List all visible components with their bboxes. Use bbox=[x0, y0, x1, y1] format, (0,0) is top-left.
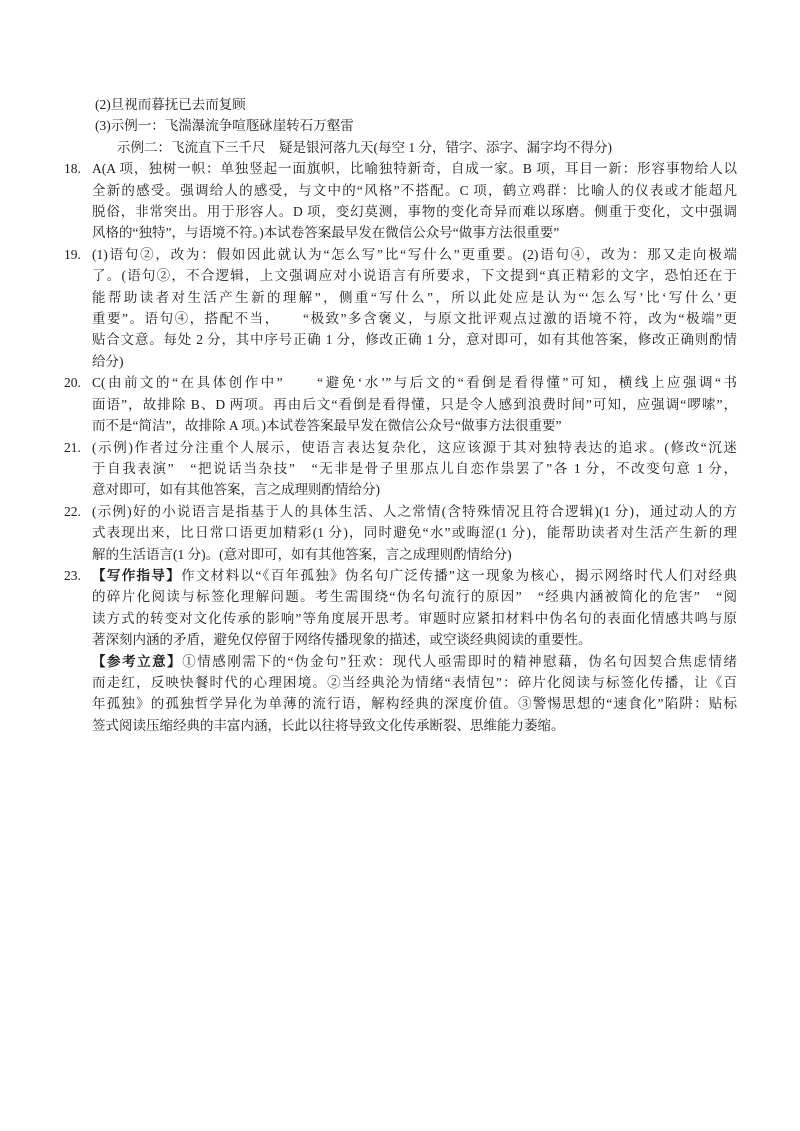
answer-item-19: 19.(1)语句②，改为：假如因此就认为“怎么写”比“写什么”更重要。(2)语句… bbox=[64, 244, 737, 372]
text-line: (示例)好的小说语言是指基于人的具体生活、人之常情(含特殊情况且符合逻辑)(1 … bbox=[92, 501, 737, 522]
text-line: 脱俗，非常突出。用于形容人。D 项，变幻莫测，事物的变化奇异而难以琢磨。侧重于变… bbox=[92, 201, 737, 222]
text-line: 示例二：飞流直下三千尺 疑是银河落九天(每空 1 分，错字、添字、漏字均不得分) bbox=[117, 137, 737, 158]
text-line: 贴合文意。每处 2 分，其中序号正确 1 分，修改正确 1 分，意对即可，如有其… bbox=[92, 329, 737, 350]
text-line: 给分) bbox=[92, 351, 737, 372]
text-line: 的碎片化阅读与标签化理解问题。考生需围绕“伪名句流行的原因” “经典内涵被简化的… bbox=[92, 586, 737, 607]
text-line: 于自我表演” “把说话当杂技” “无非是骨子里那点儿自恋作祟罢了”各 1 分，不… bbox=[92, 458, 737, 479]
section-label: 【写作指导】 bbox=[92, 568, 181, 583]
text-line: 而不是“简洁”，故排除 A 项。)本试卷答案最早发在微信公众号“做事方法很重要” bbox=[92, 415, 737, 436]
text-line: 全新的感受。强调给人的感受，与文中的“风格”不搭配。C 项，鹤立鸡群：比喻人的仪… bbox=[92, 180, 737, 201]
item-number: 19. bbox=[64, 244, 81, 265]
answer-item-18: 18.A(A 项，独树一帜：单独竖起一面旗帜，比喻独特新奇，自成一家。B 项，耳… bbox=[64, 158, 737, 244]
text-line: 面语”，故排除 B、D 两项。再由后文“看倒是看得懂，只是令人感到浪费时间”可知… bbox=[92, 394, 737, 415]
answer-item-23-reference-ideas: 【参考立意】①情感刚需下的“伪金句”狂欢：现代人亟需即时的精神慰藉，伪名句因契合… bbox=[64, 651, 737, 737]
text-line: 风格的“独特”，与语境不符。)本试卷答案最早发在微信公众号“做事方法很重要” bbox=[92, 222, 737, 243]
answer-key-content: (2)旦视而暮抚已去而复顾(3)示例一：飞湍瀑流争喧豗砯崖转石万壑雷示例二：飞流… bbox=[64, 94, 737, 736]
text-line: C(由前文的“在具体创作中” “避免‘水’”与后文的“看倒是看得懂”可知，横线上… bbox=[92, 372, 737, 393]
text-line: 了。(语句②，不合逻辑，上文强调应对小说语言有所要求，下文提到“真正精彩的文字，… bbox=[92, 265, 737, 286]
text-line: (3)示例一：飞湍瀑流争喧豗砯崖转石万壑雷 bbox=[95, 115, 737, 136]
document-page: (2)旦视而暮抚已去而复顾(3)示例一：飞湍瀑流争喧豗砯崖转石万壑雷示例二：飞流… bbox=[0, 0, 800, 1131]
text-line: 式表现出来，比日常口语更加精彩(1 分)，同时避免“水”或晦涩(1 分)，能帮助… bbox=[92, 522, 737, 543]
text-line: 意对即可，如有其他答案，言之成理则酌情给分) bbox=[92, 479, 737, 500]
text-line: 年孤独》的孤独哲学异化为单薄的流行语，解构经典的深度价值。③警惕思想的“速食化”… bbox=[92, 693, 737, 714]
text-line: 读方式的转变对文化传承的影响”等角度展开思考。审题时应紧扣材料中伪名句的表面化情… bbox=[92, 608, 737, 629]
text-line: 而走红，反映快餐时代的心理困境。②当经典沦为情绪“表情包”：碎片化阅读与标签化传… bbox=[92, 672, 737, 693]
text-line: (示例)作者过分注重个人展示，使语言表达复杂化，这应该源于其对独特表达的追求。(… bbox=[92, 437, 737, 458]
item-number: 22. bbox=[64, 501, 81, 522]
item-number: 23. bbox=[64, 565, 81, 586]
answer-item-20: 20.C(由前文的“在具体创作中” “避免‘水’”与后文的“看倒是看得懂”可知，… bbox=[64, 372, 737, 436]
item-number: 18. bbox=[64, 158, 81, 179]
answer-item-23-writing-guide: 23.【写作指导】作文材料以“《百年孤独》伪名句广泛传播”这一现象为核心，揭示网… bbox=[64, 565, 737, 651]
sub-answer-3-example-2: 示例二：飞流直下三千尺 疑是银河落九天(每空 1 分，错字、添字、漏字均不得分) bbox=[64, 137, 737, 158]
sub-answer-2: (2)旦视而暮抚已去而复顾 bbox=[64, 94, 737, 115]
text-line: 签式阅读压缩经典的丰富内涵，长此以往将导致文化传承断裂、思维能力萎缩。 bbox=[92, 715, 737, 736]
text-line: 【写作指导】作文材料以“《百年孤独》伪名句广泛传播”这一现象为核心，揭示网络时代… bbox=[92, 565, 737, 586]
item-number: 21. bbox=[64, 437, 81, 458]
answer-item-22: 22.(示例)好的小说语言是指基于人的具体生活、人之常情(含特殊情况且符合逻辑)… bbox=[64, 501, 737, 565]
text-line: 【参考立意】①情感刚需下的“伪金句”狂欢：现代人亟需即时的精神慰藉，伪名句因契合… bbox=[92, 651, 737, 672]
section-label: 【参考立意】 bbox=[92, 654, 182, 669]
text-line: 解的生活语言(1 分)。(意对即可，如有其他答案，言之成理则酌情给分) bbox=[92, 544, 737, 565]
text-line: 能帮助读者对生活产生新的理解”，侧重“写什么”，所以此处应是认为“‘怎么写’比‘… bbox=[92, 287, 737, 308]
text-line: 重要”。语句④，搭配不当， “极致”多含褒义，与原文批评观点过激的语境不符，改为… bbox=[92, 308, 737, 329]
text-line: (2)旦视而暮抚已去而复顾 bbox=[95, 94, 737, 115]
text-line: A(A 项，独树一帜：单独竖起一面旗帜，比喻独特新奇，自成一家。B 项，耳目一新… bbox=[92, 158, 737, 179]
text-line: (1)语句②，改为：假如因此就认为“怎么写”比“写什么”更重要。(2)语句④，改… bbox=[92, 244, 737, 265]
answer-item-21: 21.(示例)作者过分注重个人展示，使语言表达复杂化，这应该源于其对独特表达的追… bbox=[64, 437, 737, 501]
sub-answer-3-example-1: (3)示例一：飞湍瀑流争喧豗砯崖转石万壑雷 bbox=[64, 115, 737, 136]
text-line: 著深刻内涵的矛盾，避免仅停留于网络传播现象的描述，或空谈经典阅读的重要性。 bbox=[92, 629, 737, 650]
item-number: 20. bbox=[64, 372, 81, 393]
